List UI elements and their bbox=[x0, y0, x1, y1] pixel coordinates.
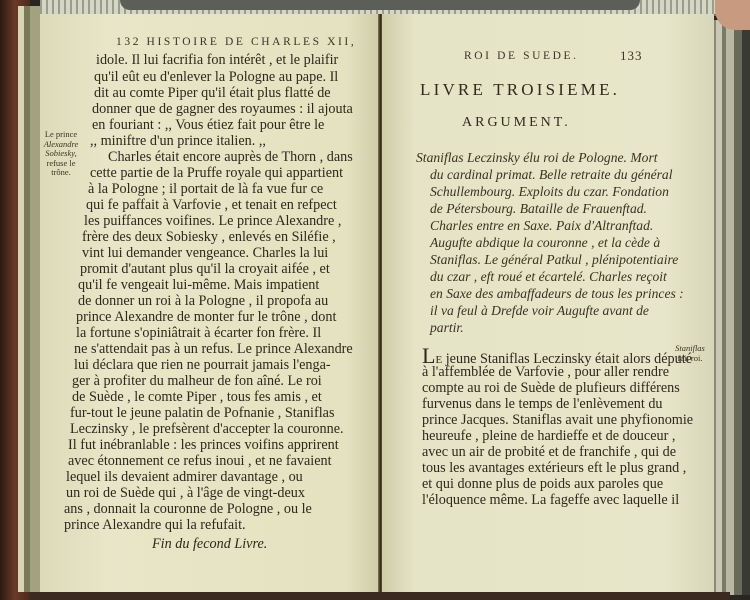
argument-line: Charles entre en Saxe. Paix d'Altranftad… bbox=[430, 218, 653, 234]
text-line: idole. Il lui facrifia fon intérêt , et … bbox=[96, 52, 338, 68]
text-line: de donner un roi à la Pologne , il propo… bbox=[78, 293, 328, 309]
text-line: cette partie de la Pruffe royale qui app… bbox=[90, 165, 343, 181]
argument-line: Schullembourg. Exploits du czar. Fondati… bbox=[430, 184, 669, 200]
page-edges-right bbox=[712, 20, 750, 595]
text-line: qu'il fe vengeait lui-même. Mais impatie… bbox=[78, 277, 319, 293]
text-line: compte au roi de Suède de plufieurs diff… bbox=[422, 380, 680, 396]
text-line: en fouriant : ,, Vous étiez fait pour êt… bbox=[92, 117, 324, 133]
text-line: ger à profiter du malheur de fon aîné. L… bbox=[72, 373, 322, 389]
text-line: lui déclara que rien ne pourrait jamais … bbox=[74, 357, 331, 373]
left-page-number: 132 bbox=[116, 36, 141, 48]
text-line: la fortune s'opiniâtrait à écarter fon f… bbox=[76, 325, 321, 341]
text-line: avec un air de probité et de franchife ,… bbox=[422, 444, 676, 460]
right-running-head: ROI DE SUEDE. bbox=[464, 50, 579, 62]
margin-note-line: trône. bbox=[26, 168, 96, 178]
bottom-edge bbox=[30, 592, 730, 600]
argument-line: Staniflas. Le général Patkul , plénipote… bbox=[430, 252, 678, 268]
text-line: qu'il eût eu d'enlever la Pologne au pap… bbox=[94, 69, 338, 85]
text-line: l'éloquence même. La fageffe avec laquel… bbox=[422, 492, 679, 508]
text-line: fur-tout le jeune palatin de Pofnanie , … bbox=[70, 405, 334, 421]
argument-line: partir. bbox=[430, 320, 464, 336]
text-line: prince Jacques. Staniflas avait une phyf… bbox=[422, 412, 693, 428]
text-line: heureufe , pleine de hardieffe et de dou… bbox=[422, 428, 675, 444]
top-shadow bbox=[120, 0, 640, 10]
text-line: furvenus dans le temps de l'enlèvement d… bbox=[422, 396, 663, 412]
argument-heading: ARGUMENT. bbox=[462, 115, 571, 131]
left-page: 132 HISTOIRE DE CHARLES XII, Le prince A… bbox=[40, 14, 380, 592]
text-line: Leczinsky , le prefsèrent d'accepter la … bbox=[70, 421, 344, 437]
text-line: avec étonnement ce refus inoui , et ne f… bbox=[68, 453, 332, 469]
text-line: Charles était encore auprès de Thorn , d… bbox=[108, 149, 353, 165]
text-line: tous les avantages extérieurs eft le plu… bbox=[422, 460, 686, 476]
text-line: frère des deux Sobiesky , enlevés en Sil… bbox=[82, 229, 336, 245]
chapter-end: Fin du fecond Livre. bbox=[152, 536, 267, 552]
text-line: dit au comte Piper qu'il était plus flat… bbox=[94, 85, 331, 101]
text-line: promit d'autant plus qu'il la croyait ai… bbox=[80, 261, 330, 277]
text-line: qui fe paffait à Varfovie , et tenait en… bbox=[86, 197, 337, 213]
text-line: donner que de gagner des royaumes : il a… bbox=[92, 101, 353, 117]
text-line: vint lui demander vengeance. Charles la … bbox=[82, 245, 328, 261]
text-line: ans , donnait la couronne de Pologne , o… bbox=[64, 501, 312, 517]
argument-line: Augufte abdique la couronne , et la cède… bbox=[430, 235, 660, 251]
text-line: lequel ils devaient admirer davantage , … bbox=[66, 469, 303, 485]
text-line: de Suède , le comte Piper , tous fes ami… bbox=[72, 389, 322, 405]
left-margin-note: Le prince Alexandre Sobiesky, refuse le … bbox=[26, 130, 96, 178]
text-line: ,, miniftre d'un prince italien. ,, bbox=[90, 133, 266, 149]
text-line: les puiffances voifines. Le prince Alexa… bbox=[84, 213, 341, 229]
text-line: et qui donne plus de poids aux paroles q… bbox=[422, 476, 663, 492]
argument-line: de Pétersbourg. Bataille de Frauenftad. bbox=[430, 201, 647, 217]
argument-line: Staniflas Leczinsky élu roi de Pologne. … bbox=[416, 150, 658, 166]
argument-line: en Saxe des ambaffadeurs de tous les pri… bbox=[430, 286, 684, 302]
text-line: un roi de Suède qui , à l'âge de vingt-d… bbox=[66, 485, 305, 501]
left-running-head: 132 HISTOIRE DE CHARLES XII, bbox=[116, 36, 356, 48]
text-line: à la Pologne ; il portait de là fa vue f… bbox=[88, 181, 323, 197]
text-line: ne s'attendait pas à un refus. Le prince… bbox=[74, 341, 353, 357]
book-title: LIVRE TROISIEME. bbox=[420, 80, 620, 100]
left-running-head-text: HISTOIRE DE CHARLES XII, bbox=[147, 36, 357, 48]
text-line: à l'affemblée de Varfovie , pour aller r… bbox=[422, 364, 669, 380]
text-line: prince Alexandre qui la refufait. bbox=[64, 517, 246, 533]
argument-line: du cardinal primat. Belle retraite du gé… bbox=[430, 167, 673, 183]
argument-line: il va feul à Drefde voir Augufte avant d… bbox=[430, 303, 649, 319]
text-line: prince Alexandre de monter fur le trône … bbox=[76, 309, 336, 325]
right-page: ROI DE SUEDE. 133 LIVRE TROISIEME. ARGUM… bbox=[382, 14, 714, 592]
right-page-number: 133 bbox=[620, 48, 643, 64]
text-line: Il fut inébranlable : les princes voifin… bbox=[68, 437, 339, 453]
argument-line: du czar , eft roué et écartelé. Charles … bbox=[430, 269, 667, 285]
